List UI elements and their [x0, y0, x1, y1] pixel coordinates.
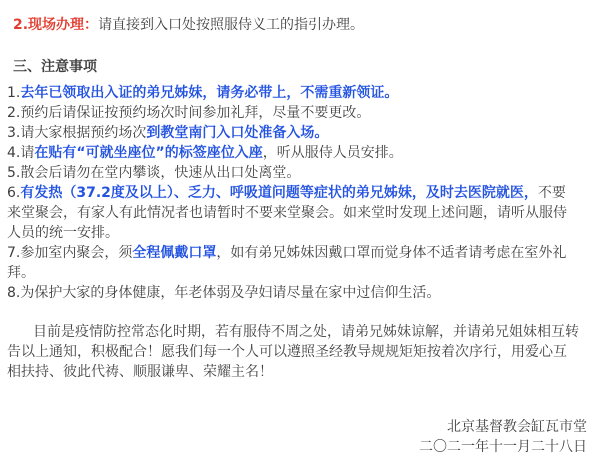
- item-post: ，听从服侍人员安排。: [263, 145, 403, 161]
- item-pre: 1.: [7, 85, 20, 101]
- intro-paragraph: 2.现场办理：请直接到入口处按照服侍义工的指引办理。: [13, 15, 579, 35]
- signature-block: 北京基督教会缸瓦市堂 二〇二一年十一月二十八日: [0, 417, 587, 457]
- notice-item-list: 1.去年已领取出入证的弟兄姊妹，请务必带上，不需重新领证。 2.预约后请保证按预…: [7, 83, 579, 303]
- item-highlight: 有发热（37.2度及以上）、乏力、呼吸道问题等症状的弟兄姊妹，及时去医院就医，: [20, 185, 538, 201]
- item-pre: 2.预约后请保证按预约场次时间参加礼拜，尽量不要更改。: [7, 105, 370, 121]
- item-pre: 8.为保护大家的身体健康，年老体弱及孕妇请尽量在家中过信仰生活。: [7, 285, 440, 301]
- notice-item: 8.为保护大家的身体健康，年老体弱及孕妇请尽量在家中过信仰生活。: [7, 283, 579, 303]
- item-pre: 4.请: [7, 145, 34, 161]
- item-pre: 7.参加室内聚会，须: [7, 245, 132, 261]
- notice-item: 1.去年已领取出入证的弟兄姊妹，请务必带上，不需重新领证。: [7, 83, 579, 103]
- signature-org: 北京基督教会缸瓦市堂: [0, 417, 587, 437]
- item-highlight: 到教堂南门入口处准备入场。: [146, 125, 328, 141]
- intro-label: 2.现场办理：: [13, 17, 98, 33]
- item-highlight: 在贴有“可就坐座位”的标签座位入座: [34, 145, 262, 161]
- notice-document: 2.现场办理：请直接到入口处按照服侍义工的指引办理。 三、注意事项 1.去年已领…: [0, 15, 600, 457]
- section-heading: 三、注意事项: [13, 57, 579, 77]
- notice-item: 2.预约后请保证按预约场次时间参加礼拜，尽量不要更改。: [7, 103, 579, 123]
- closing-paragraph: 目前是疫情防控常态化时期，若有服侍不周之处，请弟兄姊妹谅解，并请弟兄姐妹相互转告…: [7, 322, 579, 382]
- notice-item: 3.请大家根据预约场次到教堂南门入口处准备入场。: [7, 123, 579, 143]
- signature-date: 二〇二一年十一月二十八日: [0, 437, 587, 457]
- notice-item: 6.有发热（37.2度及以上）、乏力、呼吸道问题等症状的弟兄姊妹，及时去医院就医…: [7, 183, 579, 243]
- notice-item: 7.参加室内聚会，须全程佩戴口罩，如有弟兄姊妹因戴口罩而觉身体不适者请考虑在室外…: [7, 243, 579, 283]
- item-highlight: 全程佩戴口罩: [132, 245, 216, 261]
- item-pre: 3.请大家根据预约场次: [7, 125, 146, 141]
- notice-item: 5.散会后请勿在堂内攀谈，快速从出口处离堂。: [7, 163, 579, 183]
- item-pre: 6.: [7, 185, 20, 201]
- intro-text: 请直接到入口处按照服侍义工的指引办理。: [98, 17, 364, 33]
- notice-item: 4.请在贴有“可就坐座位”的标签座位入座，听从服侍人员安排。: [7, 143, 579, 163]
- item-highlight: 去年已领取出入证的弟兄姊妹，请务必带上，不需重新领证。: [20, 85, 398, 101]
- item-pre: 5.散会后请勿在堂内攀谈，快速从出口处离堂。: [7, 165, 300, 181]
